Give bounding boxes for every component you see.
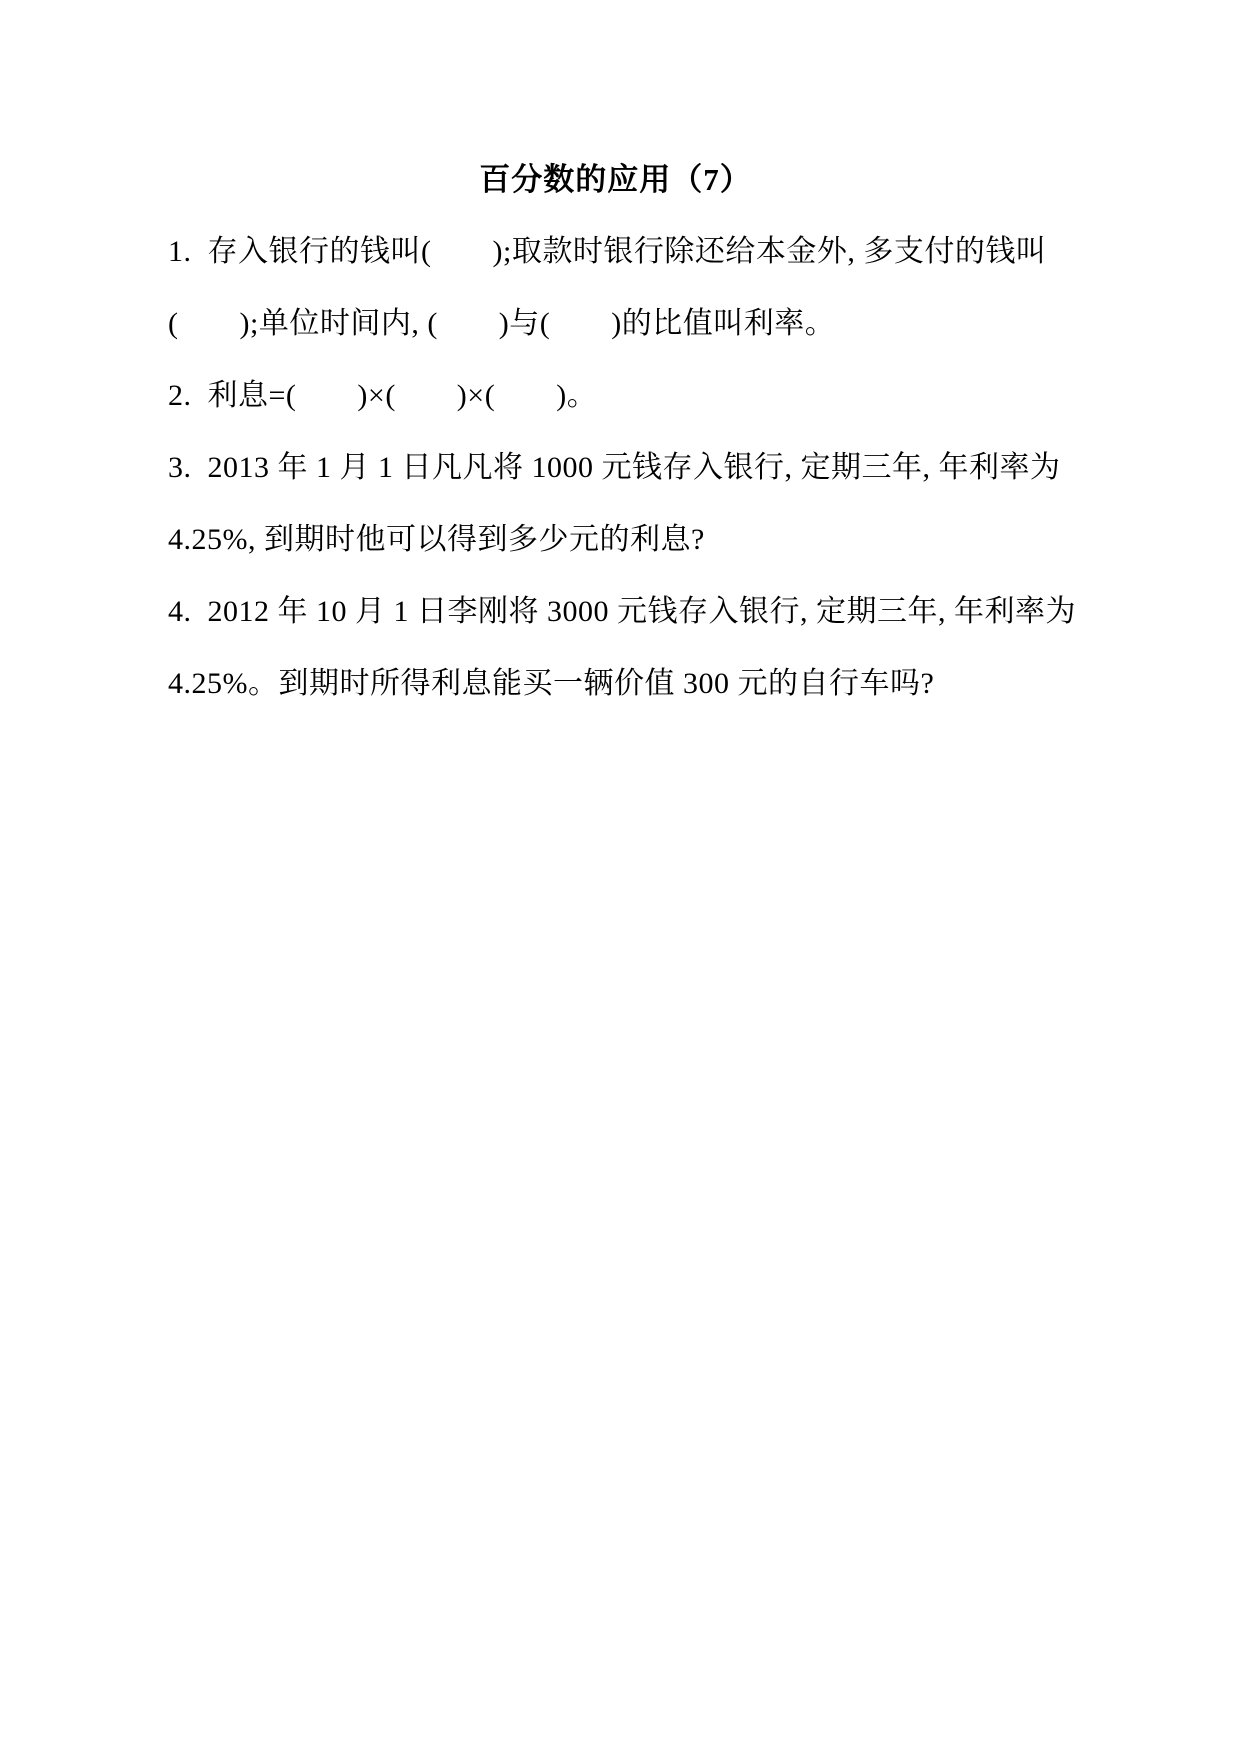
worksheet-line-2: ( );单位时间内, ( )与( )的比值叫利率。 [168, 288, 1063, 360]
worksheet-line-5: 4.25%, 到期时他可以得到多少元的利息? [168, 504, 1063, 576]
worksheet-page: 百分数的应用（7） 1. 存入银行的钱叫( );取款时银行除还给本金外, 多支付… [0, 0, 1241, 1754]
worksheet-content: 百分数的应用（7） 1. 存入银行的钱叫( );取款时银行除还给本金外, 多支付… [168, 156, 1063, 720]
page-title: 百分数的应用（7） [168, 156, 1063, 204]
worksheet-line-4: 3. 2013 年 1 月 1 日凡凡将 1000 元钱存入银行, 定期三年, … [168, 432, 1063, 504]
worksheet-line-1: 1. 存入银行的钱叫( );取款时银行除还给本金外, 多支付的钱叫 [168, 216, 1063, 288]
worksheet-body: 1. 存入银行的钱叫( );取款时银行除还给本金外, 多支付的钱叫 ( );单位… [168, 216, 1063, 720]
worksheet-line-6: 4. 2012 年 10 月 1 日李刚将 3000 元钱存入银行, 定期三年,… [168, 576, 1063, 648]
worksheet-line-7: 4.25%。到期时所得利息能买一辆价值 300 元的自行车吗? [168, 648, 1063, 720]
worksheet-line-3: 2. 利息=( )×( )×( )。 [168, 360, 1063, 432]
